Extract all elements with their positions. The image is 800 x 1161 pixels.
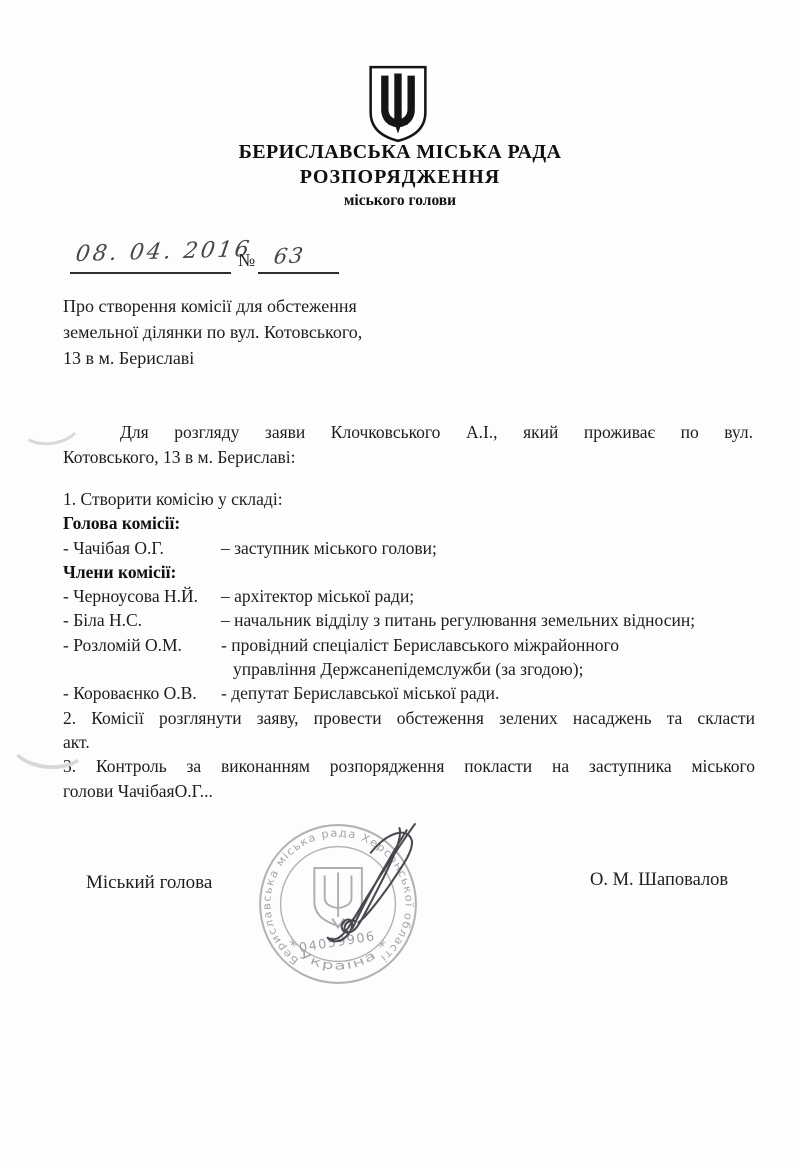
number-underline	[258, 272, 339, 274]
signer-position: Міський голова	[86, 872, 212, 894]
commission-head-label: Голова комісії:	[63, 511, 755, 535]
intro-line: Для розгляду заяви Клочковського А.І., я…	[63, 420, 753, 445]
intro-paragraph: Для розгляду заяви Клочковського А.І., я…	[63, 420, 753, 470]
commission-row: - Короваєнко О.В. - депутат Бериславсько…	[63, 681, 755, 705]
document-page: БЕРИСЛАВСЬКА МІСЬКА РАДА РОЗПОРЯДЖЕННЯ м…	[0, 0, 800, 1161]
member-name: - Короваєнко О.В.	[63, 681, 221, 705]
member-name: - Черноусова Н.Й.	[63, 584, 221, 608]
ukraine-trident-icon	[364, 64, 432, 144]
number-handwritten: 63	[272, 243, 306, 268]
doc-subtype: міського голови	[0, 192, 800, 210]
member-role: - депутат Бериславської міської ради.	[221, 681, 755, 705]
member-role: – архітектор міської ради;	[221, 584, 755, 608]
date-handwritten: 08. 04. 2016	[74, 237, 254, 267]
item-1: 1. Створити комісію у складі:	[63, 487, 755, 511]
subject-line: 13 в м. Бериславі	[63, 345, 362, 371]
number-sign: №	[238, 250, 255, 271]
item-2-line: акт.	[63, 730, 755, 754]
item-3-line: голови ЧачібаяО.Г...	[63, 779, 755, 803]
body-text: 1. Створити комісію у складі: Голова ком…	[63, 487, 755, 803]
member-role: – начальник відділу з питань регулювання…	[221, 608, 755, 632]
commission-row: - Черноусова Н.Й. – архітектор міської р…	[63, 584, 755, 608]
subject-block: Про створення комісії для обстеження зем…	[63, 293, 362, 371]
subject-line: Про створення комісії для обстеження	[63, 293, 362, 319]
commission-row: - Розломій О.М. - провідний спеціаліст Б…	[63, 633, 755, 682]
member-role-line: - провідний спеціаліст Бериславського мі…	[221, 633, 755, 657]
commission-members-label: Члени комісії:	[63, 560, 755, 584]
member-role: - провідний спеціаліст Бериславського мі…	[221, 633, 755, 682]
member-name: - Чачібая О.Г.	[63, 536, 221, 560]
commission-row: - Чачібая О.Г. – заступник міського голо…	[63, 536, 755, 560]
member-name: - Розломій О.М.	[63, 633, 221, 682]
member-role-line: управління Держсанепідемслужби (за згодо…	[221, 657, 755, 681]
member-name: - Біла Н.С.	[63, 608, 221, 632]
date-underline	[70, 272, 231, 274]
item-2-line: 2. Комісії розглянути заяву, провести об…	[63, 706, 755, 730]
official-round-stamp: Бериславська міська рада Херсонської обл…	[256, 822, 420, 986]
subject-line: земельної ділянки по вул. Котовського,	[63, 319, 362, 345]
item-3-line: 3. Контроль за виконанням розпорядження …	[63, 754, 755, 778]
member-role: – заступник міського голови;	[221, 536, 755, 560]
org-name: БЕРИСЛАВСЬКА МІСЬКА РАДА	[0, 141, 800, 164]
commission-row: - Біла Н.С. – начальник відділу з питань…	[63, 608, 755, 632]
doc-type-title: РОЗПОРЯДЖЕННЯ	[0, 166, 800, 189]
signer-name: О. М. Шаповалов	[590, 870, 728, 891]
intro-line: Котовського, 13 в м. Бериславі:	[63, 445, 753, 470]
